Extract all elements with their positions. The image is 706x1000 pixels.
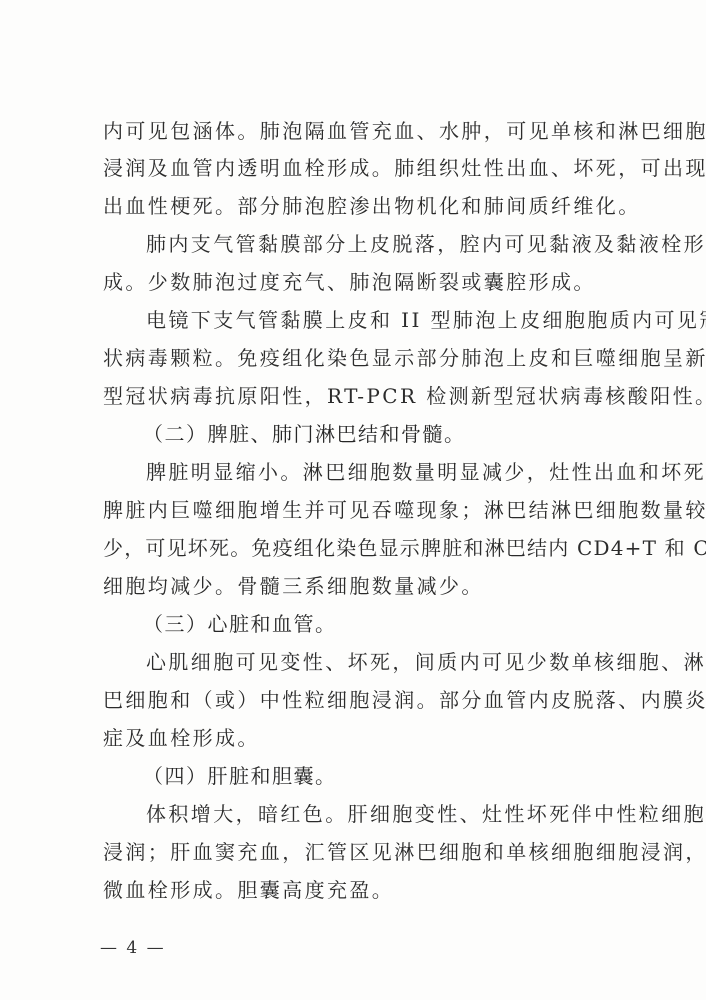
document-page: 内可见包涵体。肺泡隔血管充血、水肿，可见单核和淋巴细胞 浸润及血管内透明血栓形成… — [0, 0, 706, 1000]
text-line: 浸润；肝血窦充血，汇管区见淋巴细胞和单核细胞细胞浸润， — [103, 837, 603, 867]
section-heading-spleen: （二）脾脏、肺门淋巴结和骨髓。 — [143, 419, 643, 449]
text-line: 微血栓形成。胆囊高度充盈。 — [103, 875, 603, 905]
text-line: 体积增大，暗红色。肝细胞变性、灶性坏死伴中性粒细胞 — [146, 799, 603, 829]
text-line: 成。少数肺泡过度充气、肺泡隔断裂或囊腔形成。 — [103, 267, 603, 297]
text-line: 浸润及血管内透明血栓形成。肺组织灶性出血、坏死，可出现 — [103, 153, 603, 183]
text-line: 心肌细胞可见变性、坏死，间质内可见少数单核细胞、淋 — [146, 647, 603, 677]
text-line: 肺内支气管黏膜部分上皮脱落，腔内可见黏液及黏液栓形 — [146, 229, 603, 259]
section-heading-liver: （四）肝脏和胆囊。 — [143, 761, 643, 791]
page-number: — 4 — — [100, 935, 220, 961]
text-line: 巴细胞和（或）中性粒细胞浸润。部分血管内皮脱落、内膜炎 — [103, 685, 603, 715]
text-line: 状病毒颗粒。免疫组化染色显示部分肺泡上皮和巨噬细胞呈新 — [103, 343, 603, 373]
text-line: 细胞均减少。骨髓三系细胞数量减少。 — [103, 571, 603, 601]
text-line: 电镜下支气管黏膜上皮和 II 型肺泡上皮细胞胞质内可见冠 — [146, 305, 603, 335]
text-line: 脾脏内巨噬细胞增生并可见吞噬现象；淋巴结淋巴细胞数量较 — [103, 495, 603, 525]
section-heading-heart: （三）心脏和血管。 — [143, 609, 643, 639]
text-line: 脾脏明显缩小。淋巴细胞数量明显减少，灶性出血和坏死， — [146, 457, 603, 487]
text-line: 少，可见坏死。免疫组化染色显示脾脏和淋巴结内 CD4+T 和 CD8+T — [103, 533, 603, 563]
text-line: 型冠状病毒抗原阳性，RT-PCR 检测新型冠状病毒核酸阳性。 — [103, 381, 603, 411]
text-line: 出血性梗死。部分肺泡腔渗出物机化和肺间质纤维化。 — [103, 191, 603, 221]
text-line: 内可见包涵体。肺泡隔血管充血、水肿，可见单核和淋巴细胞 — [103, 116, 603, 146]
text-line: 症及血栓形成。 — [103, 723, 603, 753]
